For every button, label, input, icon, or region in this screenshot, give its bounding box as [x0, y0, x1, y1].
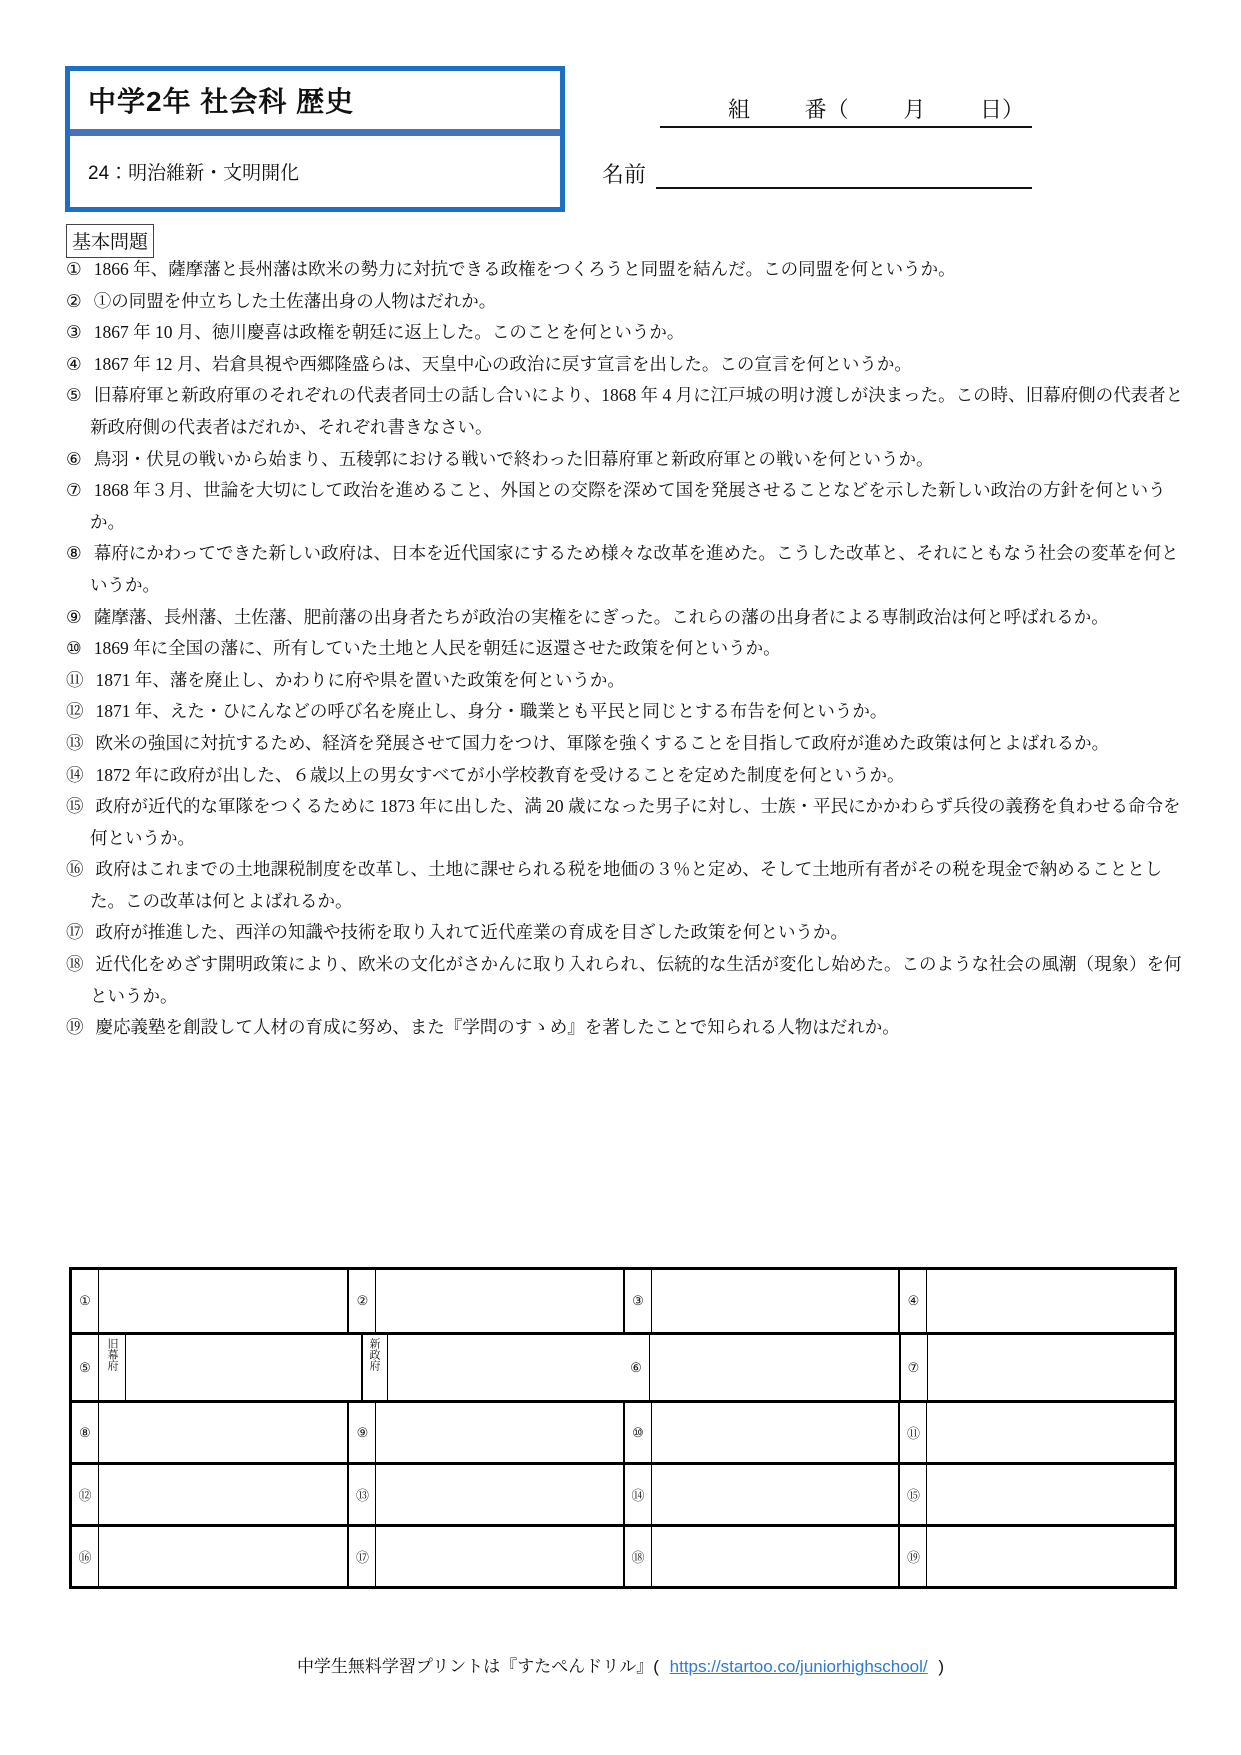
answer-cell-13[interactable]	[376, 1465, 623, 1524]
question-number: ④	[66, 354, 82, 374]
question-text: 1869 年に全国の藩に、所有していた土地と人民を朝廷に返還させた政策を何という…	[94, 638, 781, 658]
question-item-19: ⑲慶応義塾を創設して人材の育成に努め、また『学問のすゝめ』を著したことで知られる…	[66, 1012, 1184, 1044]
answer-number-9: ⑨	[349, 1403, 376, 1462]
question-number: ⑱	[66, 954, 84, 974]
question-number: ⑭	[66, 765, 84, 785]
answer-number-19: ⑲	[900, 1527, 927, 1586]
question-text: 政府はこれまでの土地課税制度を改革し、土地に課せられる税を地価の３％と定め、そし…	[90, 859, 1162, 911]
footer: 中学生無料学習プリントは『すたぺんドリル』( https://startoo.c…	[0, 1652, 1241, 1677]
answer-cell-8[interactable]	[99, 1403, 347, 1462]
kumi-label: 組	[728, 93, 750, 124]
question-list: ①1866 年、薩摩藩と長州藩は欧米の勢力に対抗できる政権をつくろうと同盟を結ん…	[66, 254, 1184, 1044]
answer-table: ① ② ③ ④ ⑤ 旧幕府 新政府 ⑥ ⑦ ⑧ ⑨ ⑩ ⑪ ⑫ ⑬ ⑭ ⑮ ⑯ …	[69, 1267, 1177, 1589]
question-item-13: ⑬欧米の強国に対抗するため、経済を発展させて国力をつけ、軍隊を強くすることを目指…	[66, 728, 1184, 760]
answer-cell-1[interactable]	[99, 1270, 347, 1332]
question-number: ⑮	[66, 796, 84, 816]
page-subtitle: 24：明治維新・文明開化	[70, 136, 560, 207]
question-number: ⑩	[66, 638, 82, 658]
question-number: ⑧	[66, 543, 82, 563]
question-item-11: ⑪1871 年、藩を廃止し、かわりに府や県を置いた政策を何というか。	[66, 665, 1184, 697]
answer-number-5: ⑤	[72, 1335, 99, 1400]
answer-number-3: ③	[625, 1270, 652, 1332]
question-text: 1867 年 12 月、岩倉具視や西郷隆盛らは、天皇中心の政治に戻す宣言を出した…	[94, 354, 912, 374]
day-label: 日）	[980, 93, 1024, 124]
question-number: ⑬	[66, 733, 84, 753]
answer-number-11: ⑪	[900, 1403, 927, 1462]
answer-number-2: ②	[349, 1270, 376, 1332]
answer-number-14: ⑭	[625, 1465, 652, 1524]
question-number: ①	[66, 259, 82, 279]
question-number: ⑪	[66, 670, 84, 690]
answer-number-12: ⑫	[72, 1465, 99, 1524]
question-text: 1868 年３月、世論を大切にして政治を進めること、外国との交際を深めて国を発展…	[90, 480, 1166, 532]
question-item-18: ⑱近代化をめざす開明政策により、欧米の文化がさかんに取り入れられ、伝統的な生活が…	[66, 949, 1184, 1012]
question-number: ⑨	[66, 607, 82, 627]
question-number: ⑲	[66, 1017, 84, 1037]
old-shogunate-sublabel: 旧幕府	[99, 1335, 126, 1400]
footer-text-prefix: 中学生無料学習プリントは『すたぺんドリル』(	[297, 1657, 659, 1676]
answer-number-4: ④	[900, 1270, 927, 1332]
answer-cell-5-new[interactable]	[388, 1335, 623, 1400]
answer-cell-2[interactable]	[376, 1270, 623, 1332]
question-number: ⑰	[66, 922, 84, 942]
class-number-date-line[interactable]: 組 番（ 月 日）	[660, 92, 1032, 128]
question-text: 1872 年に政府が出した、６歳以上の男女すべてが小学校教育を受けることを定めた…	[96, 765, 905, 785]
question-text: 1866 年、薩摩藩と長州藩は欧米の勢力に対抗できる政権をつくろうと同盟を結んだ…	[94, 259, 956, 279]
answer-row-2: ⑤ 旧幕府 新政府 ⑥ ⑦	[72, 1332, 1174, 1400]
name-input-line[interactable]	[656, 155, 1032, 189]
question-number: ②	[66, 291, 82, 311]
question-item-1: ①1866 年、薩摩藩と長州藩は欧米の勢力に対抗できる政権をつくろうと同盟を結ん…	[66, 254, 1184, 286]
ban-label: 番（	[805, 93, 849, 124]
answer-cell-5-old[interactable]	[126, 1335, 361, 1400]
question-number: ⑦	[66, 480, 82, 500]
new-government-sublabel: 新政府	[361, 1335, 388, 1400]
month-label: 月	[903, 93, 925, 124]
question-number: ⑤	[66, 385, 82, 405]
question-item-12: ⑫1871 年、えた・ひにんなどの呼び名を廃止し、身分・職業とも平民と同じとする…	[66, 696, 1184, 728]
question-text: 慶応義塾を創設して人材の育成に努め、また『学問のすゝめ』を著したことで知られる人…	[96, 1017, 900, 1037]
question-item-7: ⑦1868 年３月、世論を大切にして政治を進めること、外国との交際を深めて国を発…	[66, 475, 1184, 538]
question-text: 1867 年 10 月、徳川慶喜は政権を朝廷に返上した。このことを何というか。	[94, 322, 685, 342]
answer-cell-17[interactable]	[376, 1527, 623, 1586]
question-text: 近代化をめざす開明政策により、欧米の文化がさかんに取り入れられ、伝統的な生活が変…	[90, 954, 1182, 1006]
answer-cell-11[interactable]	[927, 1403, 1174, 1462]
section-label: 基本問題	[66, 224, 154, 258]
answer-cell-16[interactable]	[99, 1527, 347, 1586]
footer-text-suffix: )	[938, 1657, 944, 1676]
question-item-6: ⑥鳥羽・伏見の戦いから始まり、五稜郭における戦いで終わった旧幕府軍と新政府軍との…	[66, 444, 1184, 476]
answer-number-10: ⑩	[625, 1403, 652, 1462]
answer-number-1: ①	[72, 1270, 99, 1332]
question-text: 政府が推進した、西洋の知識や技術を取り入れて近代産業の育成を目ざした政策を何とい…	[96, 922, 849, 942]
answer-number-6: ⑥	[623, 1335, 650, 1400]
question-number: ③	[66, 322, 82, 342]
question-item-15: ⑮政府が近代的な軍隊をつくるために 1873 年に出した、満 20 歳になった男…	[66, 791, 1184, 854]
answer-cell-18[interactable]	[652, 1527, 899, 1586]
question-item-16: ⑯政府はこれまでの土地課税制度を改革し、土地に課せられる税を地価の３％と定め、そ…	[66, 854, 1184, 917]
question-item-14: ⑭1872 年に政府が出した、６歳以上の男女すべてが小学校教育を受けることを定め…	[66, 760, 1184, 792]
answer-row-5: ⑯ ⑰ ⑱ ⑲	[72, 1524, 1174, 1586]
question-text: 鳥羽・伏見の戦いから始まり、五稜郭における戦いで終わった旧幕府軍と新政府軍との戦…	[94, 449, 934, 469]
question-item-3: ③1867 年 10 月、徳川慶喜は政権を朝廷に返上した。このことを何というか。	[66, 317, 1184, 349]
answer-cell-12[interactable]	[99, 1465, 347, 1524]
question-item-5: ⑤旧幕府軍と新政府軍のそれぞれの代表者同士の話し合いにより、1868 年 4 月…	[66, 380, 1184, 443]
title-divider	[70, 129, 560, 136]
question-item-8: ⑧幕府にかわってできた新しい政府は、日本を近代国家にするため様々な改革を進めた。…	[66, 538, 1184, 601]
question-number: ⑯	[66, 859, 84, 879]
answer-number-16: ⑯	[72, 1527, 99, 1586]
question-number: ⑫	[66, 701, 84, 721]
answer-number-15: ⑮	[900, 1465, 927, 1524]
question-item-2: ②①の同盟を仲立ちした土佐藩出身の人物はだれか。	[66, 286, 1184, 318]
answer-number-13: ⑬	[349, 1465, 376, 1524]
page-title: 中学2年 社会科 歴史	[70, 71, 560, 129]
answer-row-4: ⑫ ⑬ ⑭ ⑮	[72, 1462, 1174, 1524]
answer-number-18: ⑱	[625, 1527, 652, 1586]
question-text: 幕府にかわってできた新しい政府は、日本を近代国家にするため様々な改革を進めた。こ…	[90, 543, 1179, 595]
question-item-4: ④1867 年 12 月、岩倉具視や西郷隆盛らは、天皇中心の政治に戻す宣言を出し…	[66, 349, 1184, 381]
name-label: 名前	[602, 158, 646, 189]
worksheet-page: { "header": { "title": "中学2年 社会科 歴史", "s…	[0, 0, 1241, 1755]
answer-number-17: ⑰	[349, 1527, 376, 1586]
answer-row-1: ① ② ③ ④	[72, 1270, 1174, 1332]
answer-cell-14[interactable]	[652, 1465, 899, 1524]
question-text: 1871 年、藩を廃止し、かわりに府や県を置いた政策を何というか。	[96, 670, 625, 690]
answer-row-3: ⑧ ⑨ ⑩ ⑪	[72, 1400, 1174, 1462]
name-row: 名前	[602, 155, 1032, 189]
answer-cell-6[interactable]	[650, 1335, 899, 1400]
answer-cell-9[interactable]	[376, 1403, 623, 1462]
question-text: 欧米の強国に対抗するため、経済を発展させて国力をつけ、軍隊を強くすることを目指し…	[96, 733, 1110, 753]
question-item-10: ⑩1869 年に全国の藩に、所有していた土地と人民を朝廷に返還させた政策を何とい…	[66, 633, 1184, 665]
title-box: 中学2年 社会科 歴史 24：明治維新・文明開化	[65, 66, 565, 212]
answer-cell-15[interactable]	[927, 1465, 1174, 1524]
question-item-9: ⑨薩摩藩、長州藩、土佐藩、肥前藩の出身者たちが政治の実権をにぎった。これらの藩の…	[66, 602, 1184, 634]
answer-cell-10[interactable]	[652, 1403, 899, 1462]
question-text: 旧幕府軍と新政府軍のそれぞれの代表者同士の話し合いにより、1868 年 4 月に…	[90, 385, 1183, 437]
answer-cell-4[interactable]	[927, 1270, 1174, 1332]
answer-cell-3[interactable]	[652, 1270, 899, 1332]
footer-link[interactable]: https://startoo.co/juniorhighschool/	[670, 1657, 928, 1676]
answer-cell-19[interactable]	[927, 1527, 1174, 1586]
question-text: 1871 年、えた・ひにんなどの呼び名を廃止し、身分・職業とも平民と同じとする布…	[96, 701, 888, 721]
answer-number-8: ⑧	[72, 1403, 99, 1462]
question-item-17: ⑰政府が推進した、西洋の知識や技術を取り入れて近代産業の育成を目ざした政策を何と…	[66, 917, 1184, 949]
question-text: 政府が近代的な軍隊をつくるために 1873 年に出した、満 20 歳になった男子…	[90, 796, 1181, 848]
question-number: ⑥	[66, 449, 82, 469]
question-text: 薩摩藩、長州藩、土佐藩、肥前藩の出身者たちが政治の実権をにぎった。これらの藩の出…	[94, 607, 1109, 627]
answer-cell-7[interactable]	[928, 1335, 1175, 1400]
question-text: ①の同盟を仲立ちした土佐藩出身の人物はだれか。	[94, 291, 497, 311]
answer-number-7: ⑦	[901, 1335, 928, 1400]
